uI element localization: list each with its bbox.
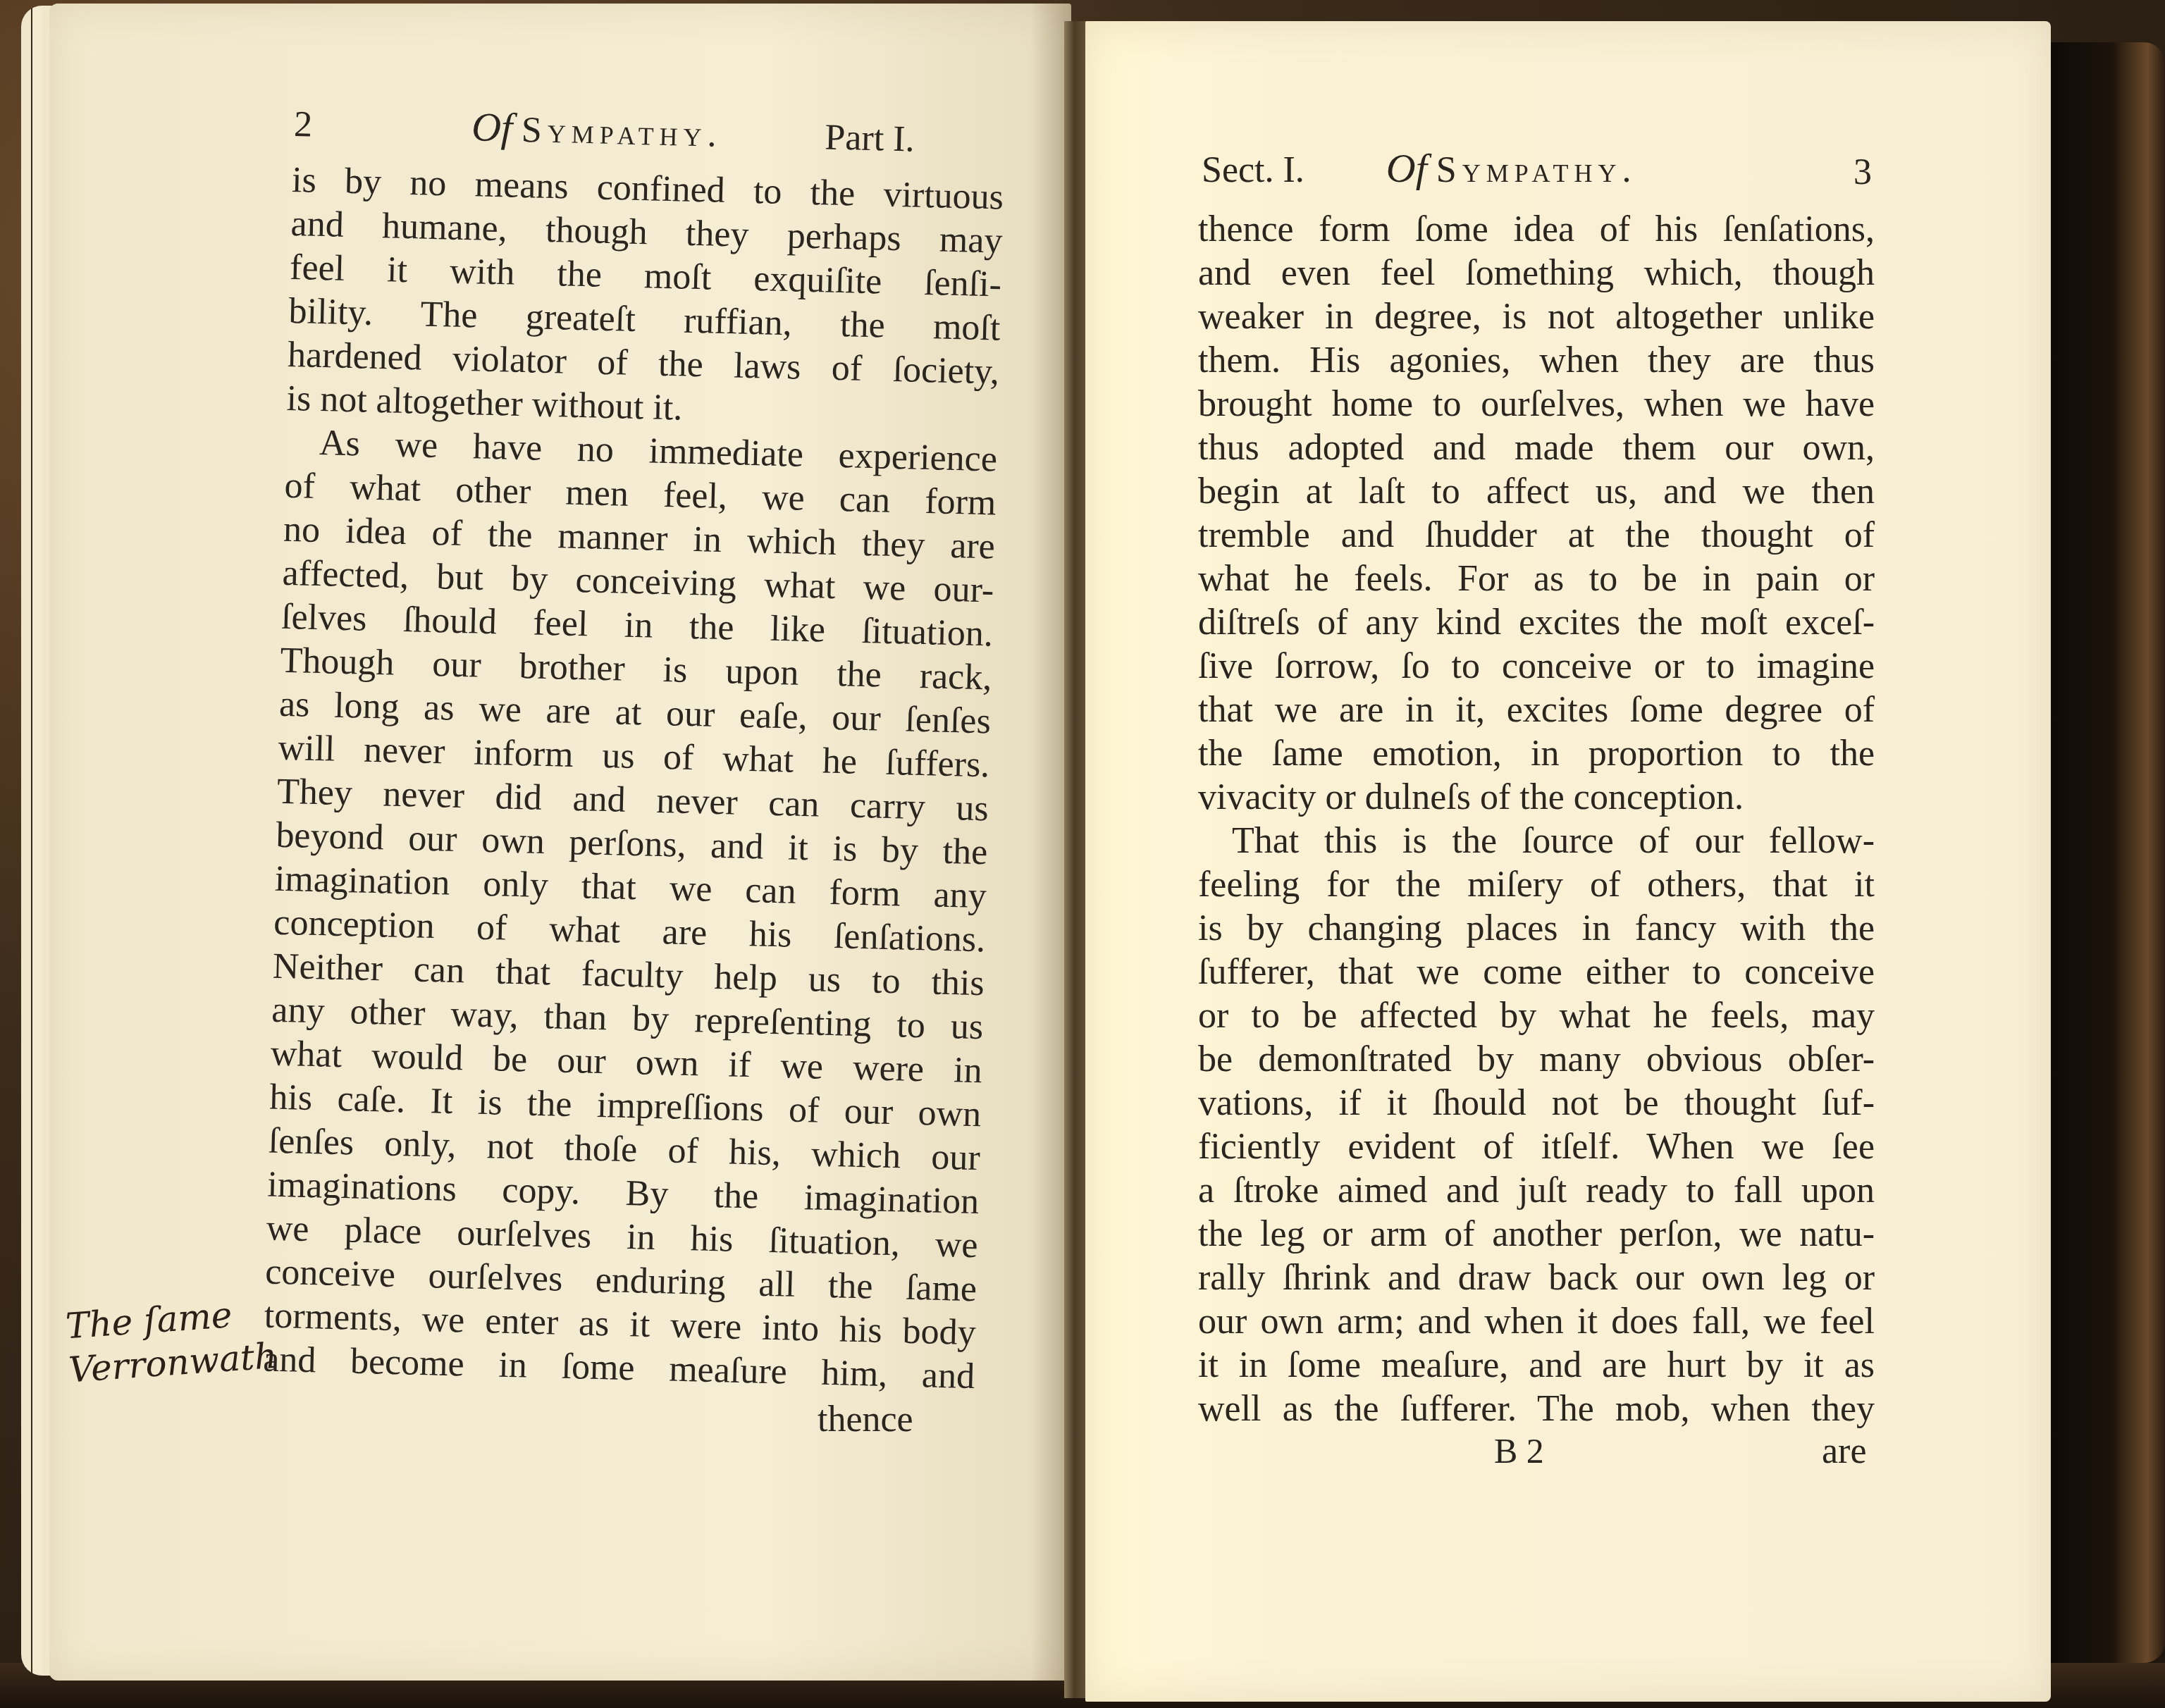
section-label: Sect. I.: [1202, 150, 1304, 190]
text-line: vivacity or dulneſs of the conception.: [1198, 776, 1875, 819]
running-title: Sympathy.: [521, 110, 722, 155]
text-line: begin at laſt to affect us, and we then: [1198, 470, 1875, 514]
left-page-body: is by no means confined to the virtuous …: [263, 159, 1004, 1399]
text-line: be demonſtrated by many obvious obſer-: [1198, 1038, 1875, 1082]
book-cover-right: [2047, 42, 2165, 1663]
text-line: rally ſhrink and draw back our own leg o…: [1198, 1256, 1875, 1300]
text-line: weaker in degree, is not altogether unli…: [1198, 295, 1875, 339]
text-line: vations, if it ſhould not be thought ſuf…: [1198, 1082, 1875, 1125]
signature-mark: B 2: [1494, 1430, 1544, 1471]
handwritten-marginalia: The ſame Verronwath: [64, 1289, 302, 1392]
text-line: our own arm; and when it does fall, we f…: [1198, 1300, 1875, 1344]
text-line: them. His agonies, when they are thus: [1198, 339, 1875, 383]
text-line: ſive ſorrow, ſo to conceive or to imagin…: [1198, 645, 1875, 688]
text-line: the leg or arm of another perſon, we nat…: [1198, 1213, 1875, 1256]
text-line: brought home to ourſelves, when we have: [1198, 383, 1875, 426]
text-line: and even feel ſomething which, though: [1198, 252, 1875, 295]
left-catchword: thence: [818, 1399, 913, 1440]
text-line: thus adopted and made them our own,: [1198, 426, 1875, 470]
page-number-left: 2: [293, 104, 312, 145]
text-line: the ſame emotion, in proportion to the: [1198, 732, 1875, 776]
text-line: ſufferer, that we come either to conceiv…: [1198, 951, 1875, 994]
text-line: That this is the ſource of our fellow-: [1198, 819, 1875, 863]
text-line: well as the ſufferer. The mob, when they: [1198, 1387, 1875, 1431]
right-running-head: Sect. I. Of Sympathy.: [1202, 144, 1636, 192]
text-line: what he feels. For as to be in pain or: [1198, 557, 1875, 601]
part-label: Part I.: [825, 117, 915, 159]
text-line: tremble and ſhudder at the thought of: [1198, 514, 1875, 557]
right-catchword: are: [1822, 1430, 1866, 1472]
text-line: is by changing places in fancy with the: [1198, 907, 1875, 951]
text-line: it in ſome meaſure, and are hurt by it a…: [1198, 1344, 1875, 1387]
running-title: Sympathy.: [1436, 150, 1637, 190]
text-line: or to be affected by what he feels, may: [1198, 994, 1875, 1038]
text-line: feeling for the miſery of others, that i…: [1198, 863, 1875, 907]
page-number-right: 3: [1853, 151, 1872, 193]
text-line: that we are in it, excites ſome degree o…: [1198, 688, 1875, 732]
right-page-body: thence form ſome idea of his ſenſations,…: [1198, 208, 1875, 1431]
text-line: ficiently evident of itſelf. When we ſee: [1198, 1125, 1875, 1169]
running-title-of: Of: [1386, 145, 1427, 191]
text-line: thence form ſome idea of his ſenſations,: [1198, 208, 1875, 252]
text-line: diſtreſs of any kind excites the moſt ex…: [1198, 601, 1875, 645]
text-line: a ſtroke aimed and juſt ready to fall up…: [1198, 1169, 1875, 1213]
running-title-of: Of: [471, 104, 513, 150]
